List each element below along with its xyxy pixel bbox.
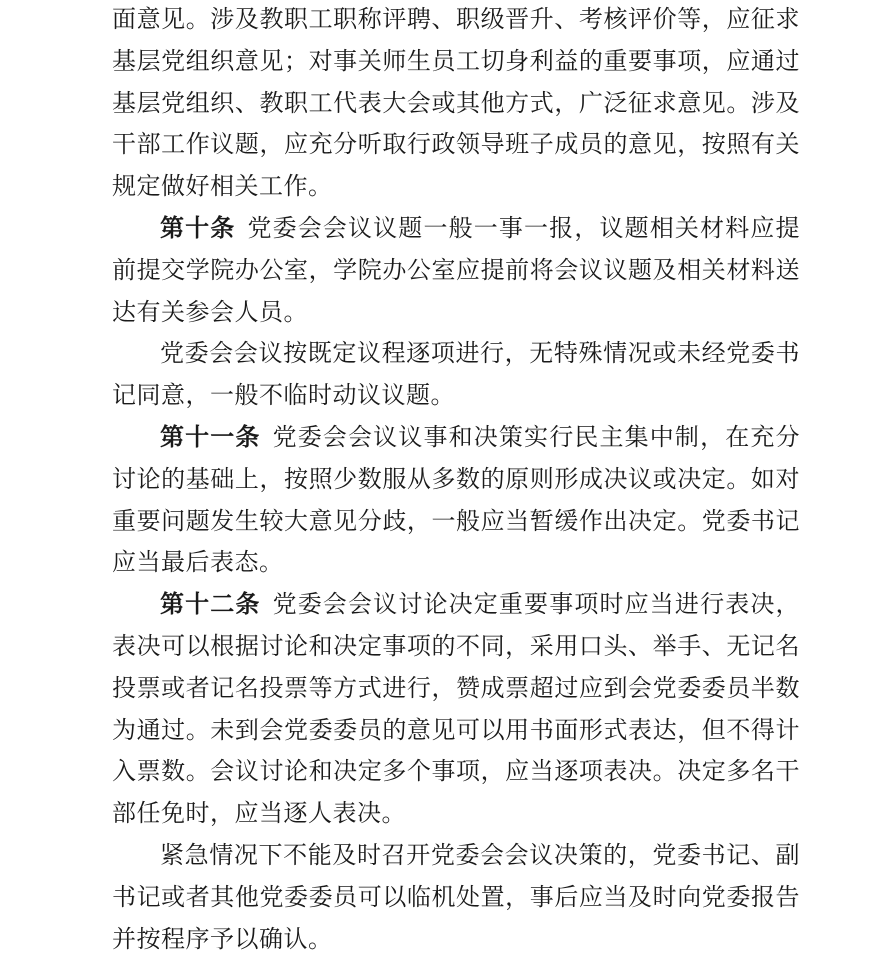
para-continued-from-previous-page: 面意见。涉及教职工职称评聘、职级晋升、考核评价等，应征求基层党组织意见；对事关师…: [112, 0, 800, 209]
paragraph-text: 紧急情况下不能及时召开党委会会议决策的，党委书记、副书记或者其他党委委员可以临机…: [112, 843, 800, 953]
article-number: 第十一条: [160, 425, 261, 451]
paragraph-text: 党委会会议讨论决定重要事项时应当进行表决，表决可以根据讨论和决定事项的不同，采用…: [112, 592, 800, 827]
para-article-12: 第十二条党委会会议讨论决定重要事项时应当进行表决，表决可以根据讨论和决定事项的不…: [112, 585, 800, 836]
para-article-10: 第十条党委会会议议题一般一事一报，议题相关材料应提前提交学院办公室，学院办公室应…: [112, 209, 800, 334]
para-article-11: 第十一条党委会会议议事和决策实行民主集中制，在充分讨论的基础上，按照少数服从多数…: [112, 418, 800, 585]
para-article-10-procedure: 党委会会议按既定议程逐项进行，无特殊情况或未经党委书记同意，一般不临时动议议题。: [112, 334, 800, 418]
document-body: 面意见。涉及教职工职称评聘、职级晋升、考核评价等，应征求基层党组织意见；对事关师…: [112, 0, 800, 961]
article-number: 第十二条: [160, 592, 261, 618]
paragraph-text: 面意见。涉及教职工职称评聘、职级晋升、考核评价等，应征求基层党组织意见；对事关师…: [112, 7, 800, 200]
document-page: 面意见。涉及教职工职称评聘、职级晋升、考核评价等，应征求基层党组织意见；对事关师…: [0, 0, 876, 962]
article-number: 第十条: [160, 216, 235, 242]
paragraph-text: 党委会会议按既定议程逐项进行，无特殊情况或未经党委书记同意，一般不临时动议议题。: [112, 341, 800, 409]
para-emergency-decision: 紧急情况下不能及时召开党委会会议决策的，党委书记、副书记或者其他党委委员可以临机…: [112, 836, 800, 961]
